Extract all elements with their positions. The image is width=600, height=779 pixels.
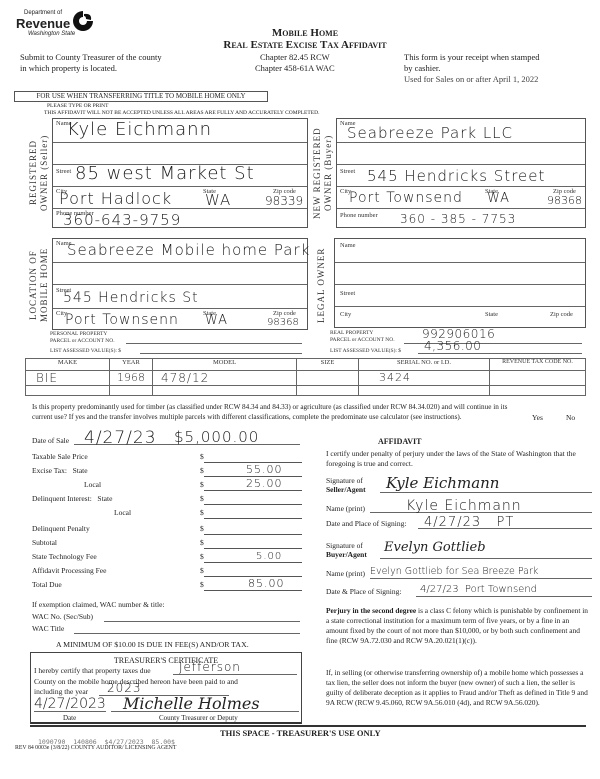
treasurer-use-only: THIS SPACE - TREASURER'S USE ONLY [220, 728, 381, 738]
fee-state-technology[interactable]: State Technology Fee $ 5.00 [32, 552, 332, 566]
fee-delinquent-penalty[interactable]: Delinquent Penalty $ [32, 524, 332, 538]
revenue-logo: Department of Revenue Washington State [14, 10, 104, 42]
fee-taxable-sale-price[interactable]: Taxable Sale Price $ [32, 452, 332, 466]
size-cell-2[interactable] [297, 386, 359, 396]
treasurer-certificate-box: TREASURER'S CERTIFICATE I hereby certify… [30, 652, 302, 724]
certificate-line3: including the year [34, 687, 88, 696]
location-city-field[interactable]: City Port Townsenn State WA Zip code 983… [53, 309, 307, 331]
col-serial: SERIAL NO. or I.D. [359, 359, 490, 371]
legal-owner-name-line2[interactable] [335, 263, 585, 285]
fee-list: Taxable Sale Price $ Excise Tax: State $… [32, 452, 332, 602]
location-name-line2[interactable] [53, 263, 307, 285]
seller-date-place-field[interactable]: Date and Place of Signing: 4/27/23 PT [326, 516, 594, 530]
receipt-note: This form is your receipt when stamped b… [404, 52, 540, 85]
seller-name-print-field[interactable]: Name (print) Kyle Eichmann [326, 500, 594, 514]
location-street-field[interactable]: Street 545 Hendricks St [53, 285, 307, 309]
legal-owner-name-field[interactable]: Name [335, 239, 585, 263]
county-input[interactable]: Jefferson [173, 665, 297, 675]
real-property-label: REAL PROPERTY [330, 330, 373, 336]
form-title-line2: Real Estate Excise Tax Affidavit [180, 39, 430, 51]
buyer-city-field[interactable]: City Port Townsend State WA Zip code 983… [337, 187, 585, 209]
fee-subtotal[interactable]: Subtotal $ [32, 538, 332, 552]
real-parcel-label: PARCEL or ACCOUNT NO. [330, 337, 395, 343]
exemption-label: If exemption claimed, WAC number & title… [32, 600, 165, 609]
tax-lien-notice: If, in selling (or otherwise transferrin… [326, 668, 588, 708]
personal-property-label: PERSONAL PROPERTY [50, 331, 107, 337]
personal-assessed-input[interactable] [140, 346, 302, 354]
serial-cell-2[interactable] [359, 386, 490, 396]
wac-no-field[interactable]: WAC No. (Sec/Sub) [32, 612, 300, 624]
revenue-swirl-icon [72, 10, 94, 32]
serial-cell[interactable]: 3424 [359, 371, 490, 386]
wac-title-field[interactable]: WAC Title [32, 624, 300, 636]
affidavit-statement: I certify under penalty of perjury under… [326, 449, 588, 469]
transfer-only-notice: FOR USE WHEN TRANSFERRING TITLE TO MOBIL… [14, 91, 268, 102]
personal-parcel-label: PARCEL or ACCOUNT NO. [50, 338, 115, 344]
date-of-sale-field[interactable]: Date of Sale 4/27/23 $5,000.00 [32, 432, 302, 446]
date-of-sale-value: 4/27/23 [84, 428, 157, 448]
treasurer-use-divider [30, 725, 586, 727]
model-cell[interactable]: 478/12 [153, 371, 297, 386]
buyer-phone-field[interactable]: Phone number 360 - 385 - 7753 [337, 209, 585, 229]
seller-city-field[interactable]: City Port Hadlock State WA Zip code 9833… [53, 187, 307, 209]
treasurer-label: County Treasurer or Deputy [159, 714, 238, 722]
fee-delinquent-interest-local[interactable]: Local $ [32, 508, 332, 522]
chapter-refs: Chapter 82.45 RCW Chapter 458-61A WAC [255, 52, 335, 74]
fee-total-due[interactable]: Total Due $ 85.00 [32, 580, 332, 594]
make-cell[interactable]: BIE [26, 371, 110, 386]
year-cell[interactable]: 1968 [110, 371, 153, 386]
seller-signature-field[interactable]: Signature of Seller/Agent Kyle Eichmann [326, 474, 594, 496]
perjury-notice: Perjury in the second degree is a class … [326, 606, 590, 646]
legal-owner-box: Name Street City State Zip code [334, 238, 586, 328]
year-cell-2[interactable] [110, 386, 153, 396]
buyer-name-field[interactable]: Name Seabreeze Park LLC [337, 119, 585, 143]
buyer-name-print-field[interactable]: Name (print) Evelyn Gottlieb for Sea Bre… [326, 566, 594, 580]
fee-excise-local[interactable]: Local $ 25.00 [32, 480, 332, 494]
real-assessed-input[interactable]: 4,356.00 [418, 346, 582, 354]
minimum-fee-note: A MINIMUM OF $10.00 IS DUE IN FEE(S) AND… [56, 640, 249, 649]
make-cell-2[interactable] [26, 386, 110, 396]
seller-name-field[interactable]: Name Kyle Eichmann [53, 119, 307, 143]
location-section-label: LOCATION OF MOBILE HOME [28, 240, 52, 330]
personal-parcel-input[interactable] [126, 336, 302, 344]
logo-line3: Washington State [28, 31, 75, 37]
legal-owner-city-field[interactable]: City State Zip code [335, 307, 585, 329]
buyer-box: Name Seabreeze Park LLC Street 545 Hendr… [336, 118, 586, 228]
buyer-section-label: NEW REGISTERED OWNER (Buyer) [312, 118, 336, 228]
form-title-line1: Mobile Home [230, 27, 380, 39]
seller-box: Name Kyle Eichmann Street 85 west Market… [52, 118, 308, 228]
timber-no-option[interactable]: No [566, 413, 575, 422]
fee-excise-state[interactable]: Excise Tax: State $ 55.00 [32, 466, 332, 480]
certificate-line1: I hereby certify that property taxes due [34, 666, 151, 675]
fee-delinquent-interest-state[interactable]: Delinquent Interest: State $ [32, 494, 332, 508]
table-row: BIE 1968 478/12 3424 [26, 371, 586, 386]
buyer-name-line2[interactable] [337, 143, 585, 165]
table-row [26, 386, 586, 396]
affidavit-title: AFFIDAVIT [378, 437, 421, 446]
size-cell[interactable] [297, 371, 359, 386]
timber-question: Is this property predominantly used for … [32, 403, 512, 422]
treasurer-certificate-title: TREASURER'S CERTIFICATE [31, 656, 301, 665]
sale-price-handwritten: $5,000.00 [174, 428, 259, 446]
location-box: Name Seabreeze Mobile home Park Street 5… [52, 238, 308, 330]
logo-line2: Revenue [16, 16, 70, 31]
seller-phone-field[interactable]: Phone number 360-643-9759 [53, 209, 307, 229]
submit-note: Submit to County Treasurer of the county… [20, 52, 162, 74]
seller-name-line2[interactable] [53, 143, 307, 165]
tax-code-cell-2[interactable] [490, 386, 586, 396]
legal-owner-street-field[interactable]: Street [335, 285, 585, 307]
col-year: YEAR [110, 359, 153, 371]
tax-code-cell[interactable] [490, 371, 586, 386]
timber-yes-option[interactable]: Yes [532, 413, 543, 422]
personal-assessed-label: LIST ASSESSED VALUE(S): $ [50, 348, 121, 354]
seller-section-label: REGISTERED OWNER (Seller) [28, 118, 52, 228]
fee-affidavit-processing[interactable]: Affidavit Processing Fee $ [32, 566, 332, 580]
buyer-signature-field[interactable]: Signature of Buyer/Agent Evelyn Gottlieb [326, 540, 594, 562]
not-accepted-notice: THIS AFFIDAVIT WILL NOT BE ACCEPTED UNLE… [44, 110, 319, 116]
buyer-date-place-field[interactable]: Date & Place of Signing: 4/27/23 Port To… [326, 584, 594, 598]
certificate-date-input[interactable]: 4/27/2023 [34, 700, 106, 712]
col-size: SIZE [297, 359, 359, 371]
col-model: MODEL [153, 359, 297, 371]
date-label: Date [63, 714, 76, 722]
real-assessed-label: LIST ASSESSED VALUE(S): $ [330, 348, 401, 354]
treasurer-signature-input[interactable]: Michelle Holmes [111, 700, 299, 712]
col-tax-code: REVENUE TAX CODE NO. [490, 359, 586, 371]
legal-owner-section-label: LEGAL OWNER [316, 240, 332, 330]
seller-street-field[interactable]: Street 85 west Market St [53, 165, 307, 187]
location-name-field[interactable]: Name Seabreeze Mobile home Park [53, 239, 307, 263]
mobile-home-table: MAKE YEAR MODEL SIZE SERIAL NO. or I.D. … [25, 358, 586, 396]
form-id: REV 84 0003e (3/8/22) COUNTY AUDITOR/ LI… [15, 745, 176, 751]
col-make: MAKE [26, 359, 110, 371]
type-or-print-notice: PLEASE TYPE OR PRINT [47, 103, 108, 109]
buyer-street-field[interactable]: Street 545 Hendricks Street [337, 165, 585, 187]
model-cell-2[interactable] [153, 386, 297, 396]
